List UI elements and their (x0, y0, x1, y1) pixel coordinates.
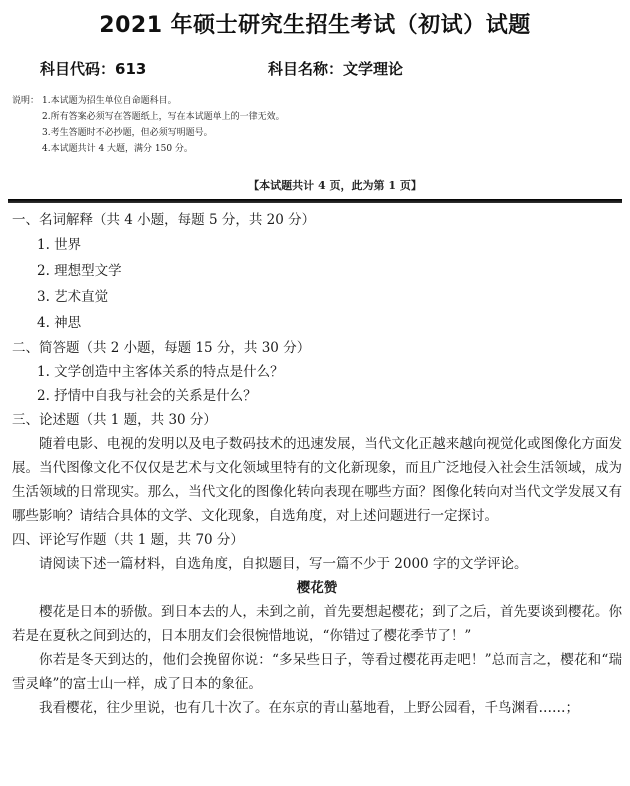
term-item: 4. 神思 (12, 310, 622, 336)
term-item: 2. 理想型文学 (12, 258, 622, 284)
section-heading: 一、名词解释（共 4 小题，每题 5 分，共 20 分） (12, 208, 622, 232)
material-paragraph: 樱花是日本的骄傲。到日本去的人，未到之前，首先要想起樱花；到了之后，首先要谈到樱… (12, 600, 622, 648)
essay-question: 随着电影、电视的发明以及电子数码技术的迅速发展，当代文化正越来越向视觉化或图像化… (12, 432, 622, 528)
question-item: 2. 抒情中自我与社会的关系是什么？ (12, 384, 622, 408)
material-paragraph: 你若是冬天到达的，他们会挽留你说：“多呆些日子，等看过樱花再走吧！”总而言之，樱… (12, 648, 622, 696)
material-title: 樱花赞 (12, 576, 622, 600)
instruction-item: 4.本试题共计 4 大题，满分 150 分。 (12, 141, 285, 157)
instruction-item: 1.本试题为招生单位自命题科目。 (42, 93, 177, 109)
exam-title: 2021 年硕士研究生招生考试（初试）试题 (0, 8, 630, 39)
instruction-item: 3.考生答题时不必抄题，但必须写明题号。 (12, 125, 285, 141)
material-paragraph: 我看樱花，往少里说，也有几十次了。在东京的青山墓地看，上野公园看，千鸟渊看……； (12, 696, 622, 720)
question-item: 1. 文学创造中主客体关系的特点是什么？ (12, 360, 622, 384)
page-indicator: 【本试题共计 4 页，此为第 1 页】 (0, 177, 630, 193)
term-item: 3. 艺术直觉 (12, 284, 622, 310)
section-heading: 三、论述题（共 1 题，共 30 分） (12, 408, 622, 432)
instruction-item: 2.所有答案必须写在答题纸上，写在本试题单上的一律无效。 (12, 109, 285, 125)
exam-instructions: 说明： 1.本试题为招生单位自命题科目。 2.所有答案必须写在答题纸上，写在本试… (12, 93, 285, 157)
writing-instruction: 请阅读下述一篇材料，自选角度，自拟题目，写一篇不少于 2000 字的文学评论。 (12, 552, 622, 576)
subject-code: 科目代码：613 (40, 58, 146, 79)
section-heading: 四、评论写作题（共 1 题，共 70 分） (12, 528, 622, 552)
instructions-label: 说明： (12, 93, 42, 109)
term-item: 1. 世界 (12, 232, 622, 258)
header-divider (8, 199, 622, 203)
exam-body: 一、名词解释（共 4 小题，每题 5 分，共 20 分） 1. 世界 2. 理想… (12, 208, 622, 720)
section-heading: 二、简答题（共 2 小题，每题 15 分，共 30 分） (12, 336, 622, 360)
subject-name: 科目名称：文学理论 (268, 58, 403, 79)
